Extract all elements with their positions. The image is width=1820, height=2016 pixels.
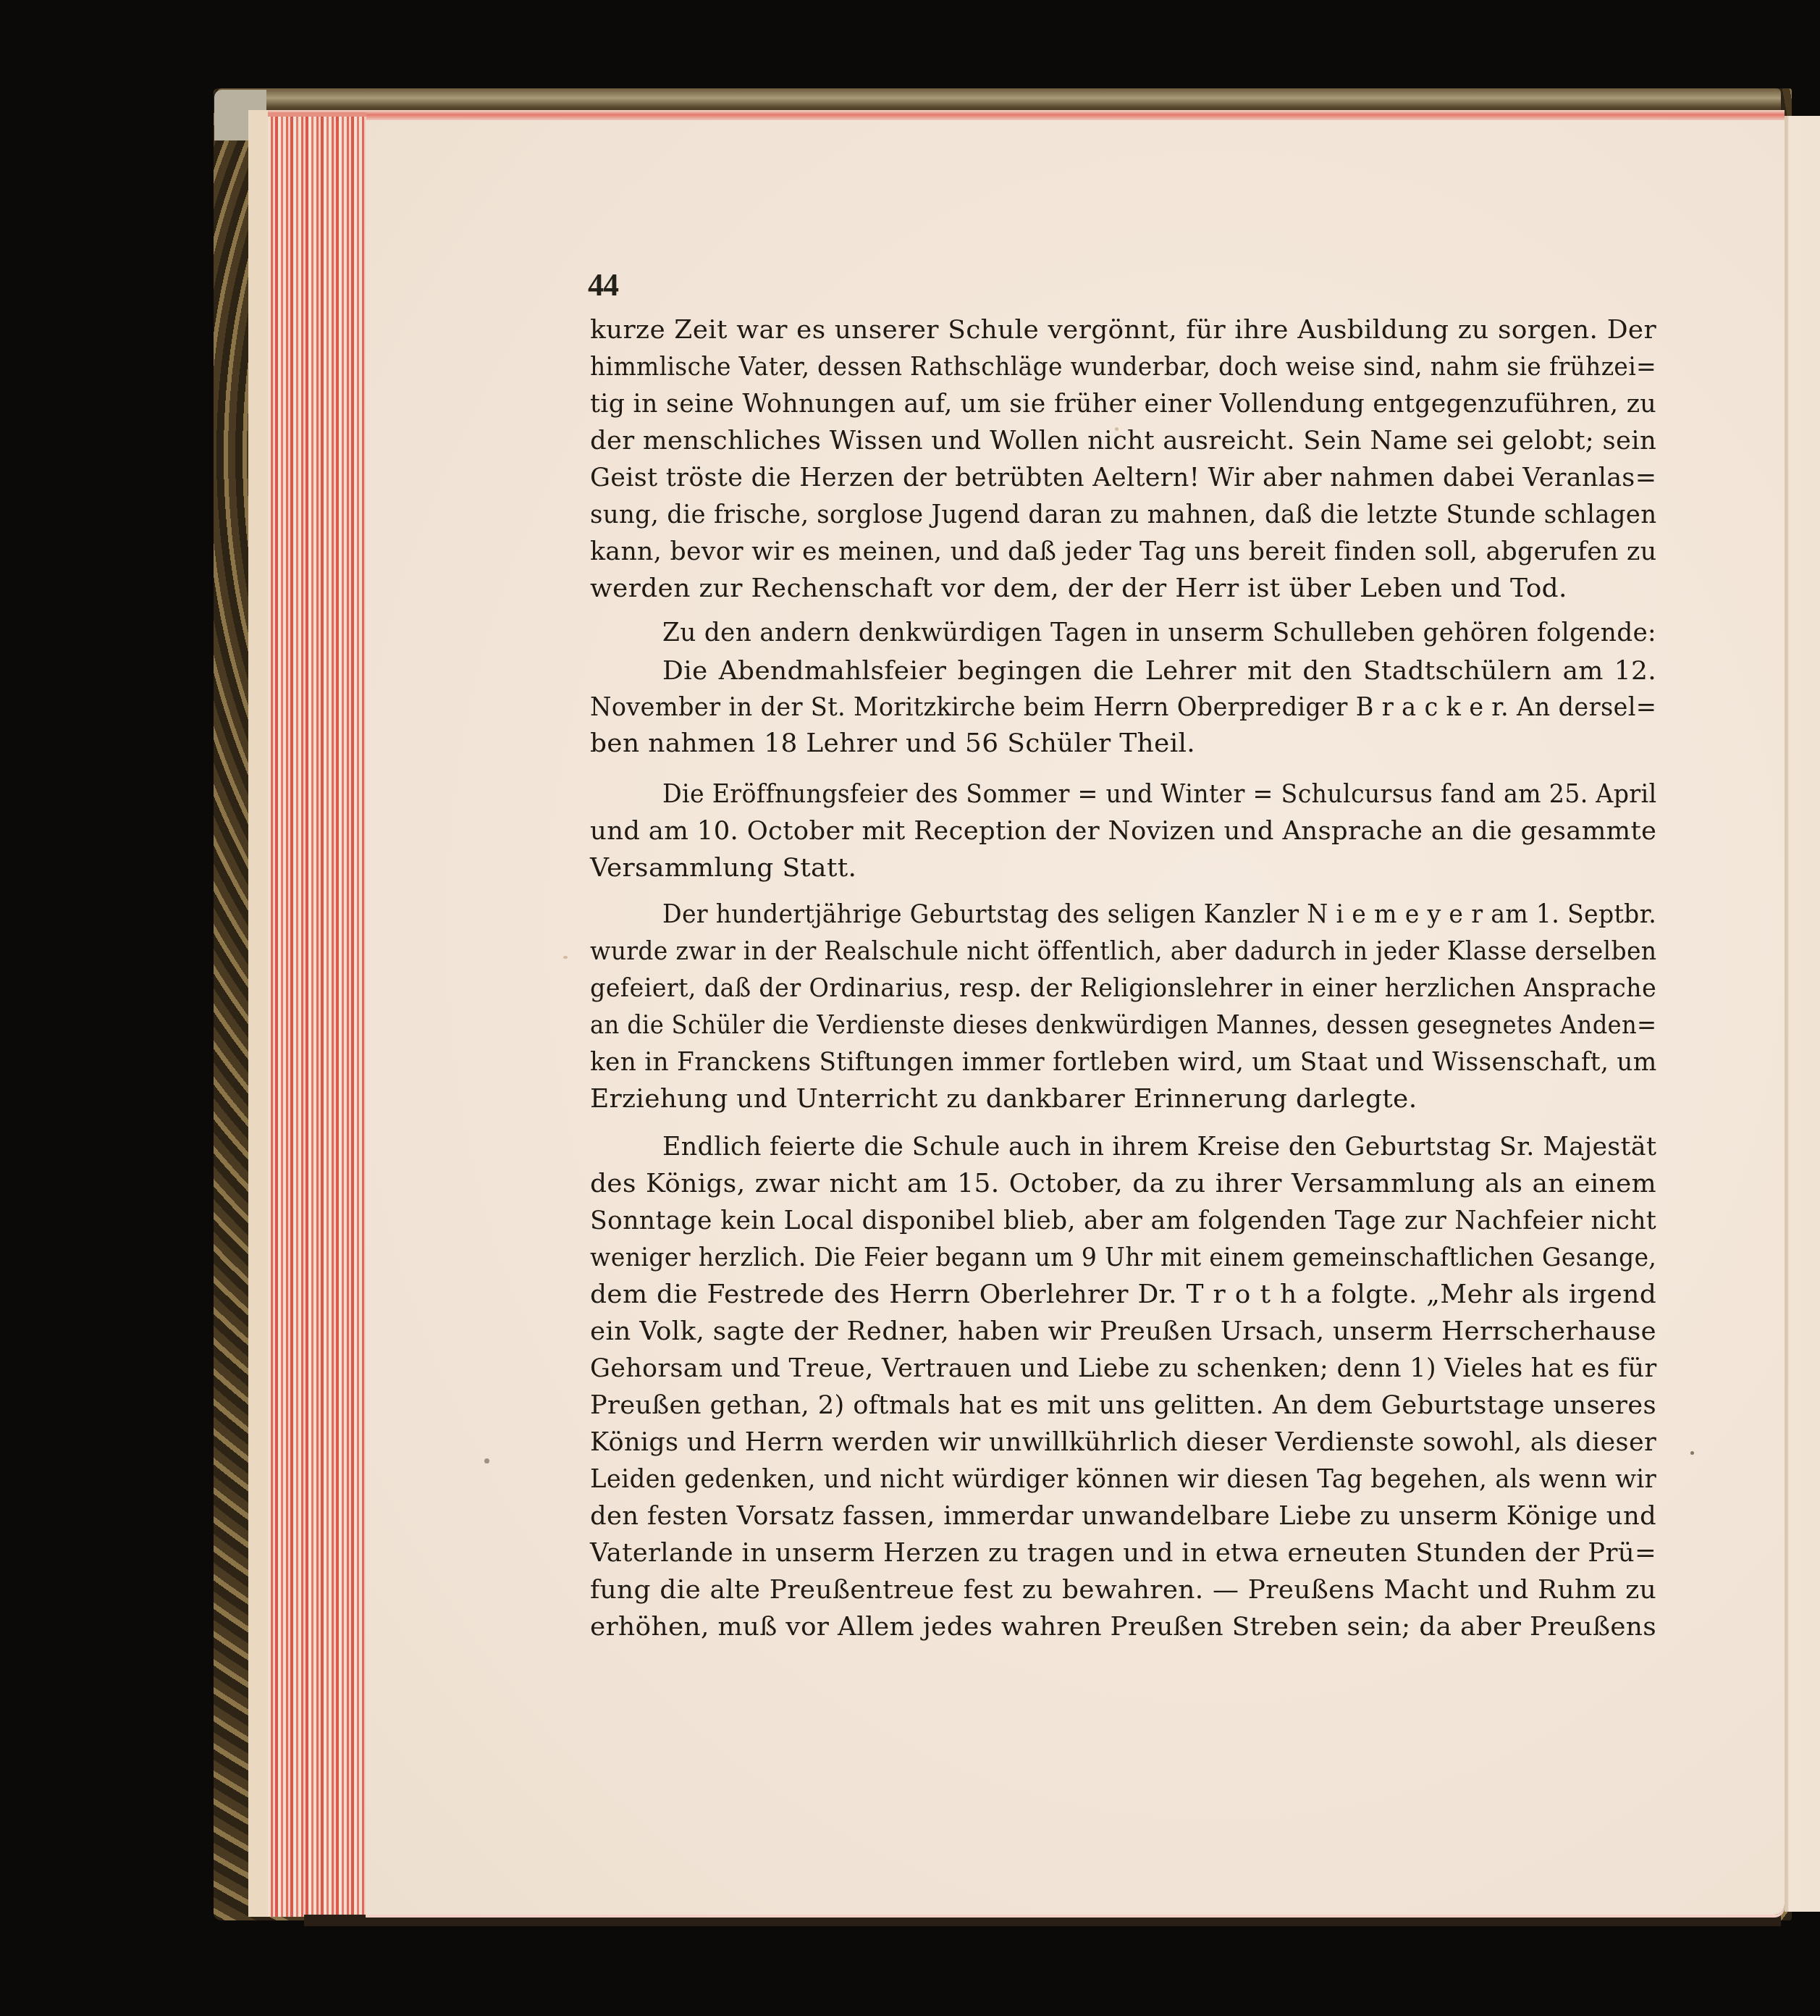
text-line: Zu den andern denkwürdigen Tagen in unse… [590,616,1656,650]
text-line: sung, die frische, sorglose Jugend daran… [590,497,1656,532]
text-line: kann, bevor wir es meinen, und daß jeder… [590,534,1656,569]
text-line: an die Schüler die Verdienste dieses den… [590,1008,1656,1043]
text-line: Die Abendmahlsfeier begingen die Lehrer … [590,654,1656,689]
text-line: fung die alte Preußentreue fest zu bewah… [590,1573,1656,1608]
text-line: den festen Vorsatz fassen, immerdar unwa… [590,1499,1656,1534]
text-line: Der hundertjährige Geburtstag des selige… [590,897,1656,932]
text-line: dem die Festrede des Herrn Oberlehrer Dr… [590,1277,1656,1312]
text-line: Gehorsam und Treue, Vertrauen und Liebe … [590,1351,1656,1386]
page-stack-red-edges [268,112,366,1917]
paper-speck [1690,1451,1694,1455]
text-line: ben nahmen 18 Lehrer und 56 Schüler Thei… [590,726,1656,761]
text-line: himmlische Vater, dessen Rathschläge wun… [590,350,1656,385]
book-bottom-edge [304,1915,1781,1926]
text-line: Geist tröste die Herzen der betrübten Ae… [590,461,1656,495]
text-line: werden zur Rechenschaft vor dem, der der… [590,571,1656,606]
text-line: der menschliches Wissen und Wollen nicht… [590,424,1656,458]
text-line: Sonntage kein Local disponibel blieb, ab… [590,1204,1656,1238]
text-line: Versammlung Statt. [590,851,1656,886]
text-line: Leiden gedenken, und nicht würdiger könn… [590,1462,1656,1497]
pastedown-edge [248,110,270,1917]
text-line: ken in Franckens Stiftungen immer fortle… [590,1045,1656,1080]
text-line: Erziehung und Unterricht zu dankbarer Er… [590,1082,1656,1117]
text-line: Vaterlande in unserm Herzen zu tragen un… [590,1536,1656,1571]
text-line: ein Volk, sagte der Redner, haben wir Pr… [590,1314,1656,1349]
text-line: tig in seine Wohnungen auf, um sie frühe… [590,387,1656,421]
text-line: des Königs, zwar nicht am 15. October, d… [590,1167,1656,1201]
text-line: erhöhen, muß vor Allem jedes wahren Preu… [590,1610,1656,1645]
text-line: November in der St. Moritzkirche beim He… [590,690,1656,725]
text-line: Die Eröffnungsfeier des Sommer = und Win… [590,777,1656,812]
text-line: Endlich feierte die Schule auch in ihrem… [590,1130,1656,1164]
text-line: weniger herzlich. Die Feier begann um 9 … [590,1240,1656,1275]
adjacent-page-edge [1785,116,1820,1912]
text-line: Königs und Herrn werden wir unwillkührli… [590,1425,1656,1460]
text-line: gefeiert, daß der Ordinarius, resp. der … [590,971,1656,1006]
paper-speck [484,1458,489,1463]
text-line: kurze Zeit war es unserer Schule vergönn… [590,313,1656,348]
paper-speck [563,956,568,959]
text-line: wurde zwar in der Realschule nicht öffen… [590,934,1656,969]
text-line: und am 10. October mit Reception der Nov… [590,814,1656,849]
text-line: Preußen gethan, 2) oftmals hat es mit un… [590,1388,1656,1423]
page-number: 44 [588,266,618,303]
